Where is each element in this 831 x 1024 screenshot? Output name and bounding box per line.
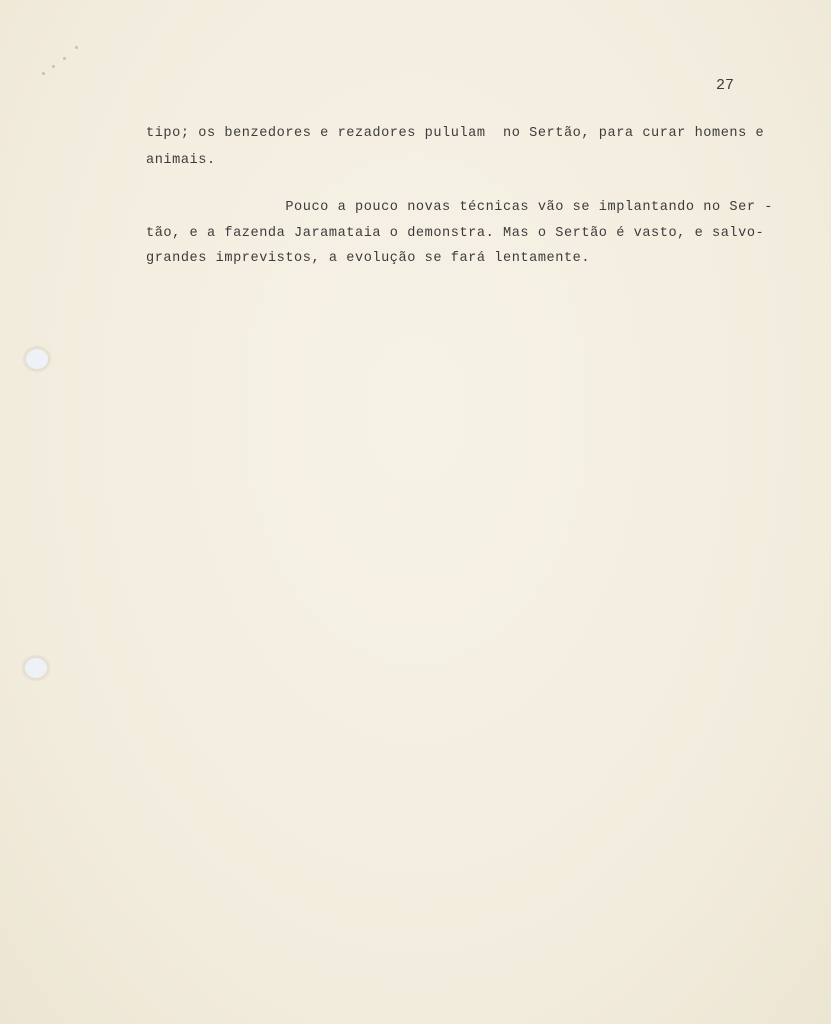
binder-punch-hole xyxy=(24,347,50,371)
binder-punch-hole xyxy=(23,656,49,680)
paper-scuff-mark xyxy=(75,46,78,49)
text-line: grandes imprevistos, a evolução se fará … xyxy=(146,251,590,266)
paper-scuff-mark xyxy=(63,57,66,60)
text-line: Pouco a pouco novas técnicas vão se impl… xyxy=(146,200,773,215)
text-line: tipo; os benzedores e rezadores pululam … xyxy=(146,126,764,141)
page-number: 27 xyxy=(716,77,734,94)
text-line: animais. xyxy=(146,153,216,168)
paper-scuff-mark xyxy=(52,65,55,68)
paper-scuff-mark xyxy=(42,72,45,75)
text-line: tão, e a fazenda Jaramataia o demonstra.… xyxy=(146,226,764,241)
typewritten-page: 27 tipo; os benzedores e rezadores pulul… xyxy=(0,0,831,1024)
